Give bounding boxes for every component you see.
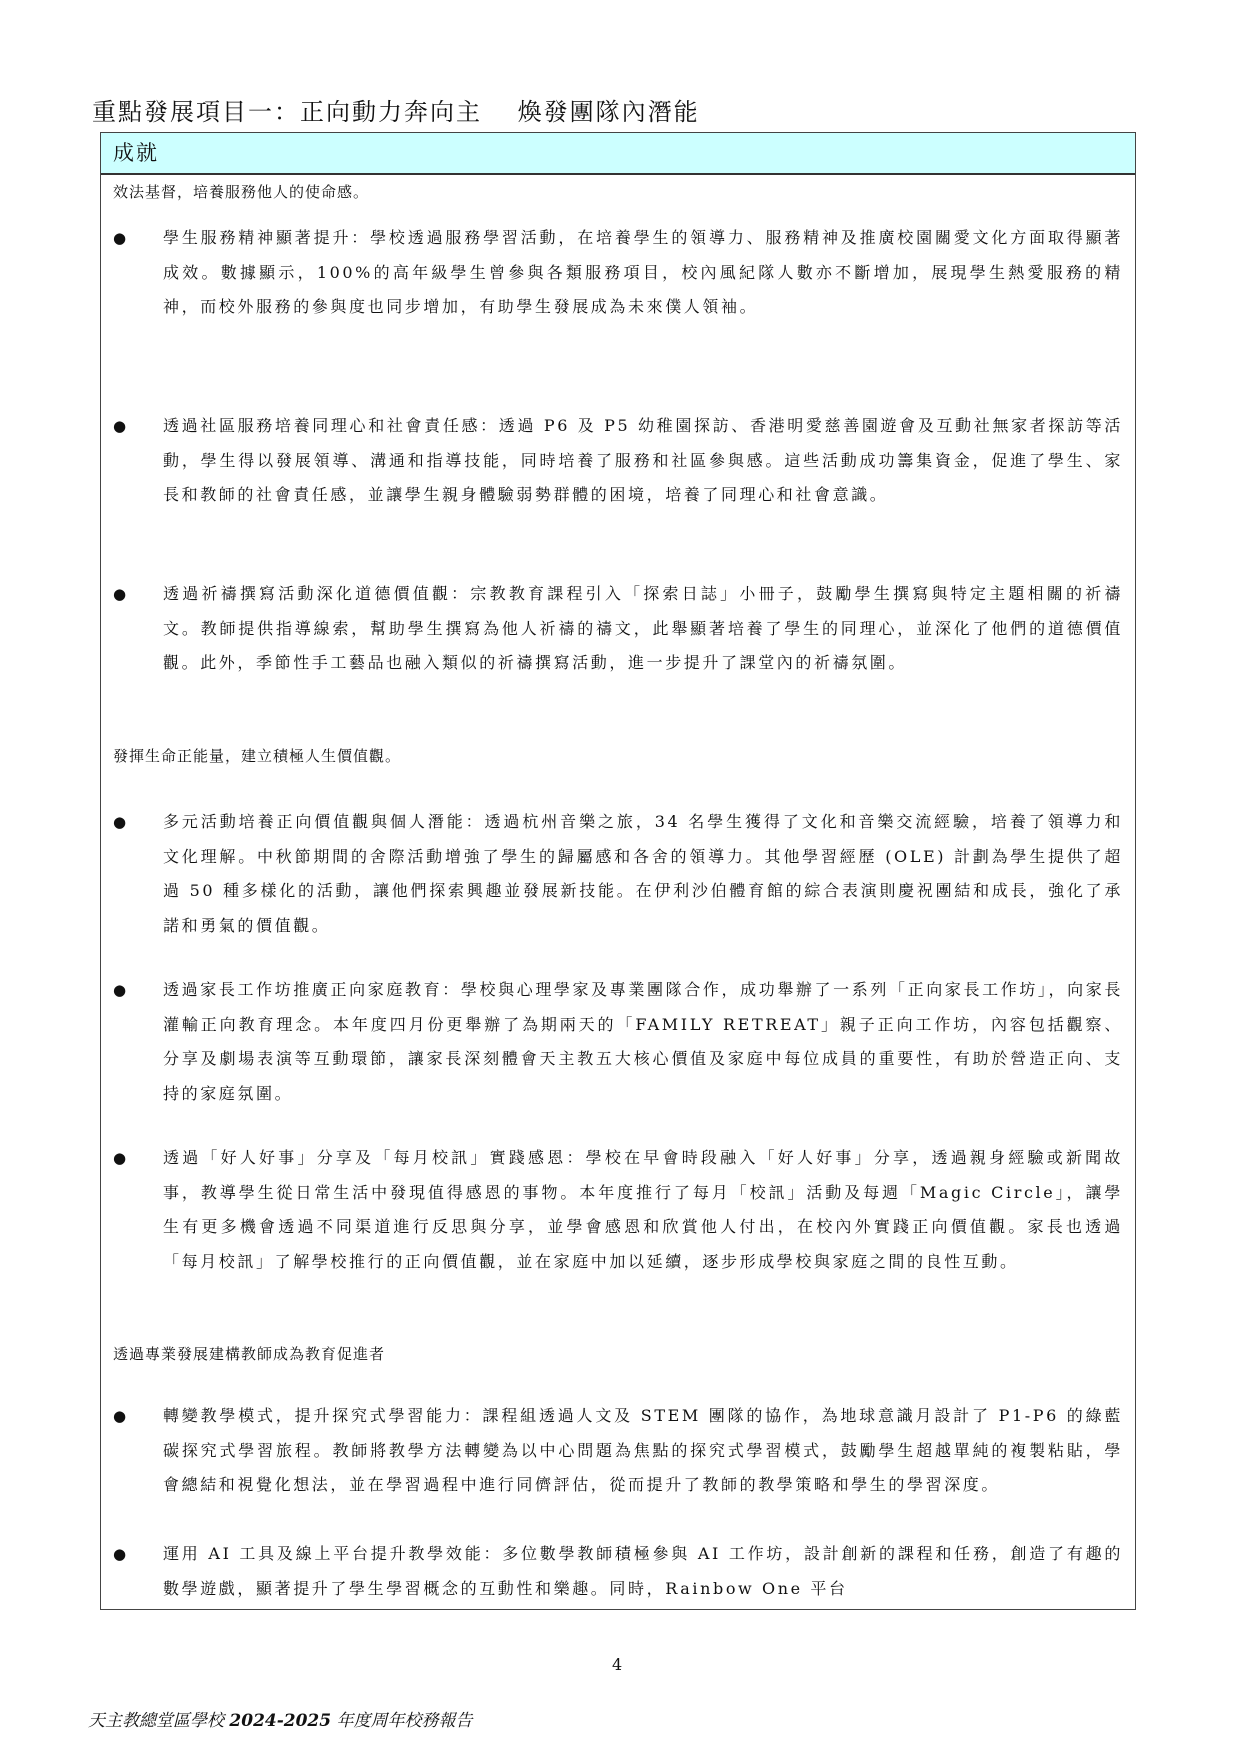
list-item-text: 多元活動培養正向價值觀與個人潛能：透過杭州音樂之旅，34 名學生獲得了文化和音樂… — [163, 805, 1123, 943]
list-item-text: 透過「好人好事」分享及「每月校訊」實踐感恩：學校在早會時段融入「好人好事」分享，… — [163, 1141, 1123, 1279]
list-item-text: 轉變教學模式，提升探究式學習能力：課程組透過人文及 STEM 團隊的協作，為地球… — [163, 1399, 1123, 1503]
section-heading: 透過專業發展建構教師成為教育促進者 — [113, 1343, 385, 1364]
list-item: ● 學生服務精神顯著提升：學校透過服務學習活動，在培養學生的領導力、服務精神及推… — [113, 221, 1123, 325]
list-item: ● 多元活動培養正向價值觀與個人潛能：透過杭州音樂之旅，34 名學生獲得了文化和… — [113, 805, 1123, 943]
list-item-text: 透過家長工作坊推廣正向家庭教育：學校與心理學家及專業團隊合作，成功舉辦了一系列「… — [163, 973, 1123, 1111]
bullet-icon: ● — [113, 221, 126, 255]
bullet-icon: ● — [113, 805, 126, 839]
bullet-icon: ● — [113, 1141, 126, 1175]
footer-year: 2024-2025 — [229, 1711, 331, 1731]
list-item: ● 透過「好人好事」分享及「每月校訊」實踐感恩：學校在早會時段融入「好人好事」分… — [113, 1141, 1123, 1279]
list-item-text: 透過社區服務培養同理心和社會責任感：透過 P6 及 P5 幼稚園探訪、香港明愛慈… — [163, 409, 1123, 513]
section-heading: 效法基督，培養服務他人的使命感。 — [113, 181, 369, 202]
page-number: 4 — [612, 1655, 622, 1674]
list-item: ● 運用 AI 工具及線上平台提升教學效能：多位數學教師積極參與 AI 工作坊，… — [113, 1537, 1123, 1606]
list-item: ● 透過祈禱撰寫活動深化道德價值觀：宗教教育課程引入「探索日誌」小冊子，鼓勵學生… — [113, 577, 1123, 681]
bullet-icon: ● — [113, 1399, 126, 1433]
list-item: ● 透過家長工作坊推廣正向家庭教育：學校與心理學家及專業團隊合作，成功舉辦了一系… — [113, 973, 1123, 1111]
list-item: ● 轉變教學模式，提升探究式學習能力：課程組透過人文及 STEM 團隊的協作，為… — [113, 1399, 1123, 1503]
page-title: 重點發展項目一：正向動力奔向主 煥發團隊內潛能 — [92, 92, 700, 127]
bullet-icon: ● — [113, 1537, 126, 1571]
list-item-text: 透過祈禱撰寫活動深化道德價值觀：宗教教育課程引入「探索日誌」小冊子，鼓勵學生撰寫… — [163, 577, 1123, 681]
section-heading: 發揮生命正能量，建立積極人生價值觀。 — [113, 745, 401, 766]
footer-report: 年度周年校務報告 — [331, 1711, 472, 1731]
achievements-box: 成就 效法基督，培養服務他人的使命感。 ● 學生服務精神顯著提升：學校透過服務學… — [100, 132, 1136, 1610]
box-header: 成就 — [101, 133, 1135, 175]
list-item-text: 運用 AI 工具及線上平台提升教學效能：多位數學教師積極參與 AI 工作坊，設計… — [163, 1537, 1123, 1606]
bullet-icon: ● — [113, 577, 126, 611]
bullet-icon: ● — [113, 409, 126, 443]
footer: 天主教總堂區學校 2024-2025 年度周年校務報告 — [88, 1706, 473, 1731]
list-item-text: 學生服務精神顯著提升：學校透過服務學習活動，在培養學生的領導力、服務精神及推廣校… — [163, 221, 1123, 325]
list-item: ● 透過社區服務培養同理心和社會責任感：透過 P6 及 P5 幼稚園探訪、香港明… — [113, 409, 1123, 513]
bullet-icon: ● — [113, 973, 126, 1007]
footer-school: 天主教總堂區學校 — [88, 1711, 229, 1731]
